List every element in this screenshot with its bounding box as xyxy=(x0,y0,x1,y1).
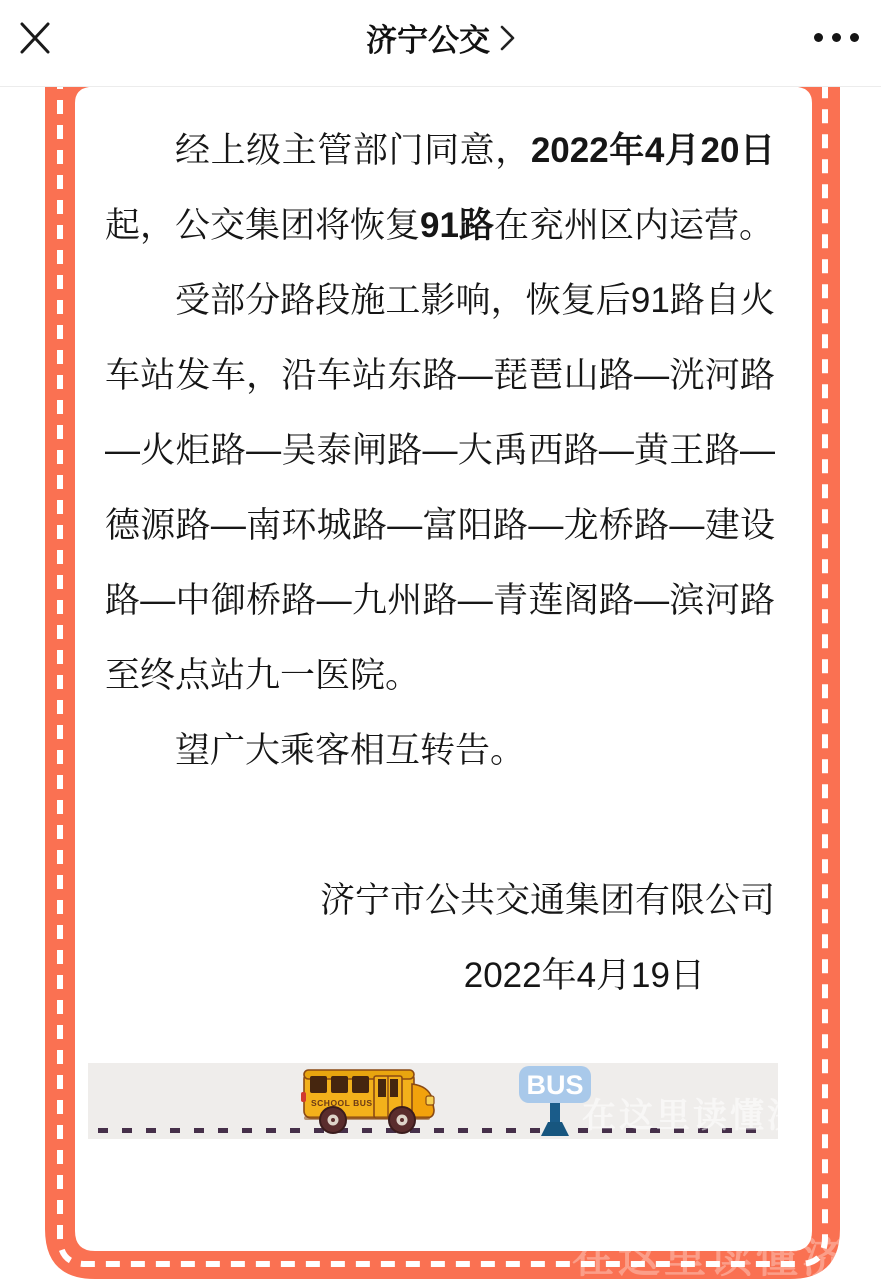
notice-content: 经上级主管部门同意，2022年4月20日起，公交集团将恢复91路在兖州区内运营。… xyxy=(75,87,812,1251)
more-menu-button[interactable] xyxy=(791,0,881,75)
ellipsis-icon xyxy=(814,33,859,42)
bus-stop-sign-label: BUS xyxy=(526,1070,583,1100)
school-bus-icon: SCHOOL BUS xyxy=(298,1062,440,1134)
account-title-link[interactable]: 济宁公交 xyxy=(366,15,515,60)
notice-paragraphs: 经上级主管部门同意，2022年4月20日起，公交集团将恢复91路在兖州区内运营。… xyxy=(75,87,812,788)
page-title: 济宁公交 xyxy=(366,15,490,60)
chevron-right-icon xyxy=(500,25,515,51)
illustration-strip: SCHOOL BUS BUS 在这里读懂济 xyxy=(88,1063,778,1139)
signature-line: 济宁市公共交通集团有限公司 xyxy=(75,863,812,938)
x-close-icon xyxy=(18,21,52,55)
bus-side-label: SCHOOL BUS xyxy=(311,1098,373,1108)
page-title-wrap: 济宁公交 xyxy=(0,0,881,75)
notice-paragraph: 望广大乘客相互转告。 xyxy=(105,713,775,788)
date-line: 2022年4月19日 xyxy=(75,938,812,1013)
notice-paragraph: 受部分路段施工影响，恢复后91路自火车站发车，沿车站东路—琵琶山路—洸河路—火炬… xyxy=(105,263,775,713)
bus-stop-sign-icon: BUS xyxy=(517,1066,595,1139)
appbar: 济宁公交 xyxy=(0,0,881,75)
notice-paragraph: 经上级主管部门同意，2022年4月20日起，公交集团将恢复91路在兖州区内运营。 xyxy=(105,113,775,263)
close-button[interactable] xyxy=(0,0,70,75)
notice-card: 经上级主管部门同意，2022年4月20日起，公交集团将恢复91路在兖州区内运营。… xyxy=(45,87,840,1279)
